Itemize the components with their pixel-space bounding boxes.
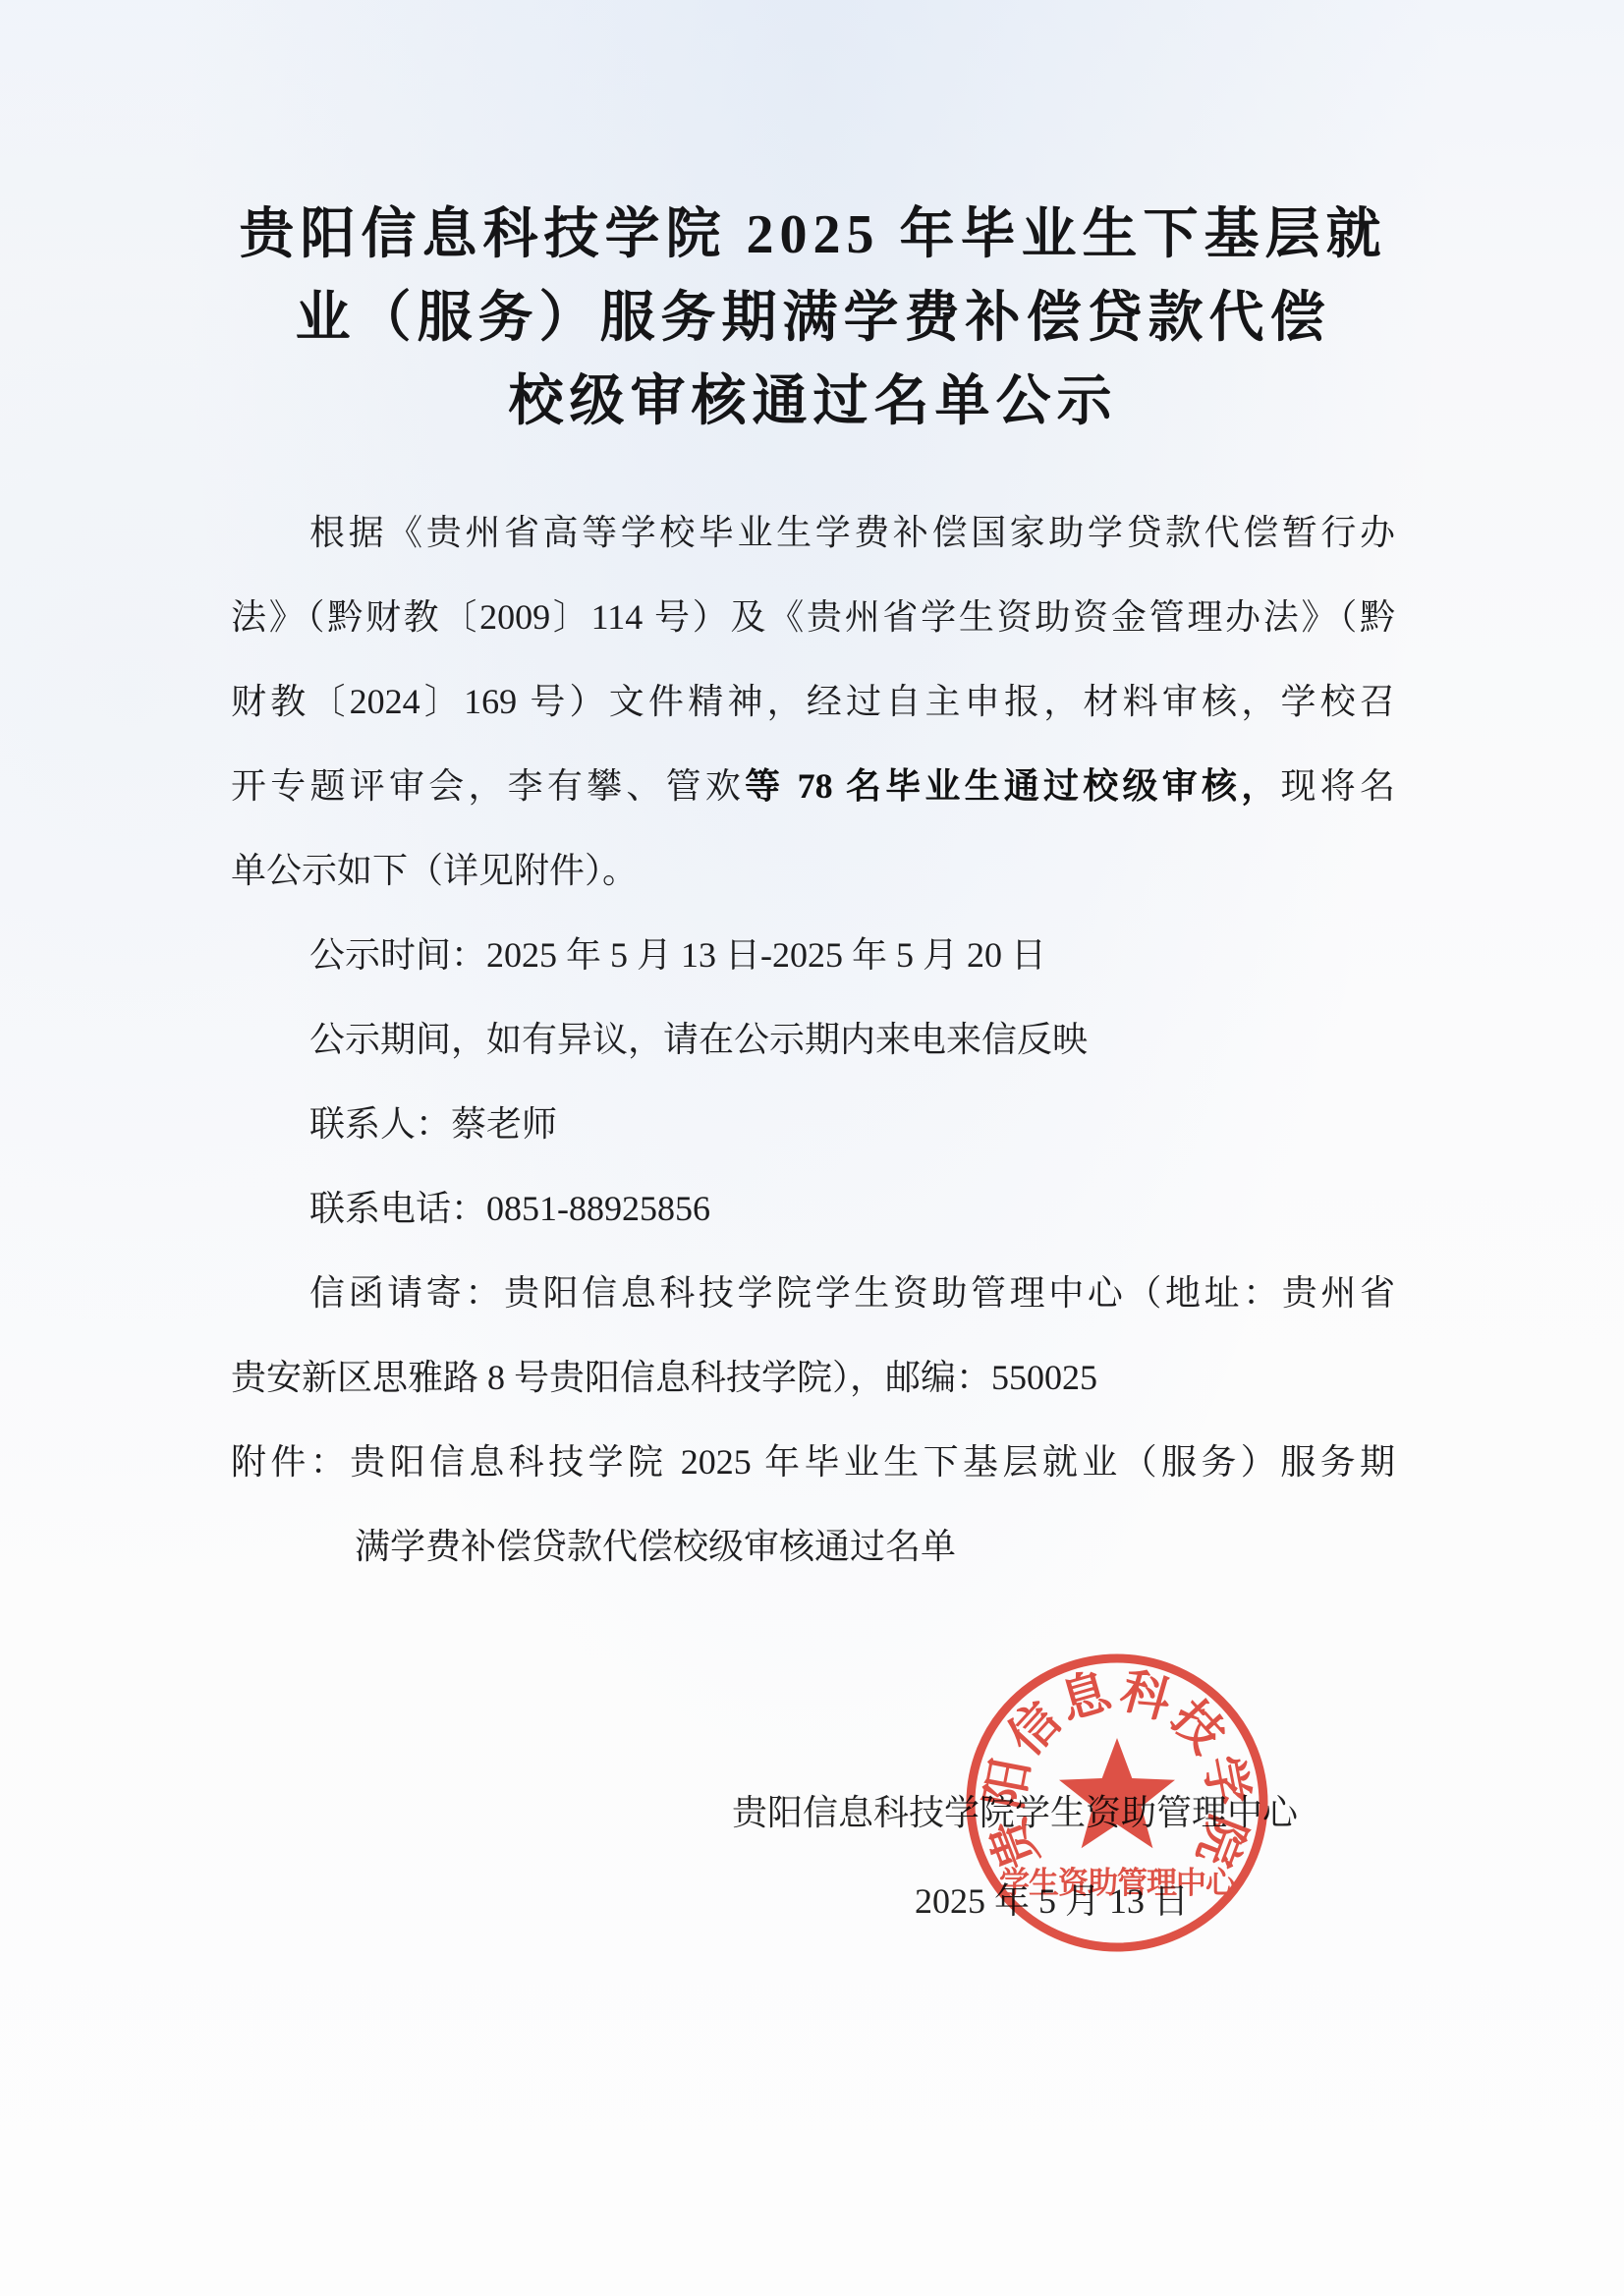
seal-star-icon bbox=[1059, 1738, 1175, 1848]
official-seal: 贵阳信息科技学院 学生资助管理中心 bbox=[950, 1636, 1284, 1970]
paragraph1-line4-bold-count: 等 78 名毕业生通过校级审核， bbox=[745, 766, 1280, 806]
attachment-line1: 附件：贵阳信息科技学院 2025 年毕业生下基层就业（服务）服务期 bbox=[231, 1420, 1395, 1504]
paragraph1-line4-regular-start: 开专题评审会，李有攀、管欢 bbox=[231, 766, 745, 806]
notice-body: 根据《贵州省高等学校毕业生学费补偿国家助学贷款代偿暂行办 法》（黔财教〔2009… bbox=[231, 490, 1395, 1589]
paragraph1-line4-regular-end: 现将名 bbox=[1280, 766, 1394, 806]
paragraph1-line3: 财教〔2024〕169 号）文件精神，经过自主申报，材料审核，学校召 bbox=[231, 659, 1395, 744]
document-page: 贵阳信息科技学院 2025 年毕业生下基层就 业（服务）服务期满学费补偿贷款代偿… bbox=[0, 0, 1624, 2296]
mail-address-line1: 信函请寄：贵阳信息科技学院学生资助管理中心（地址：贵州省 bbox=[231, 1251, 1395, 1335]
paragraph1-line1: 根据《贵州省高等学校毕业生学费补偿国家助学贷款代偿暂行办 bbox=[231, 490, 1395, 575]
title-line-2: 业（服务）服务期满学费补偿贷款代偿 bbox=[231, 277, 1395, 361]
paragraph1-line2: 法》（黔财教〔2009〕114 号）及《贵州省学生资助资金管理办法》（黔 bbox=[231, 575, 1395, 659]
seal-inner-text: 学生资助管理中心 bbox=[999, 1866, 1237, 1900]
title-line-1: 贵阳信息科技学院 2025 年毕业生下基层就 bbox=[231, 194, 1395, 277]
contact-person-line: 联系人：蔡老师 bbox=[231, 1082, 1395, 1166]
paragraph1-line4: 开专题评审会，李有攀、管欢等 78 名毕业生通过校级审核，现将名 bbox=[231, 744, 1395, 828]
contact-phone-line: 联系电话：0851-88925856 bbox=[231, 1166, 1395, 1251]
publicity-time-line: 公示时间：2025 年 5 月 13 日-2025 年 5 月 20 日 bbox=[231, 913, 1395, 997]
title-line-3: 校级审核通过名单公示 bbox=[231, 361, 1395, 444]
objection-note-line: 公示期间，如有异议，请在公示期内来电来信反映 bbox=[231, 997, 1395, 1082]
paragraph1-line5: 单公示如下（详见附件）。 bbox=[231, 828, 1395, 913]
attachment-line2: 满学费补偿贷款代偿校级审核通过名单 bbox=[231, 1504, 1395, 1589]
mail-address-line2: 贵安新区思雅路 8 号贵阳信息科技学院），邮编：550025 bbox=[231, 1335, 1395, 1420]
notice-title: 贵阳信息科技学院 2025 年毕业生下基层就 业（服务）服务期满学费补偿贷款代偿… bbox=[231, 194, 1395, 444]
